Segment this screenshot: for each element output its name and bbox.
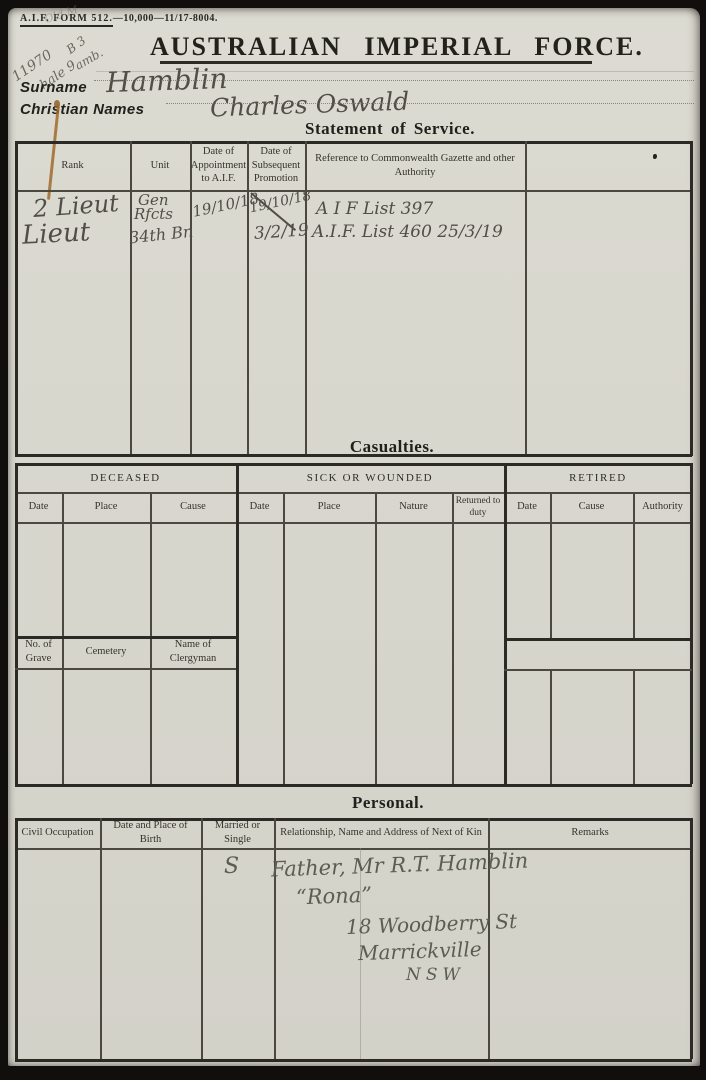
christian-names-label: Christian Names [20, 101, 144, 118]
deceased-group-header: DECEASED [15, 463, 236, 492]
table-line [550, 669, 552, 784]
table-line [452, 492, 454, 784]
table-line [201, 818, 203, 1059]
sick-col-date: Date [236, 492, 283, 522]
casualties-heading: Casualties. [62, 437, 706, 457]
grave-col-cemetery: Cemetery [62, 636, 150, 668]
service-col-rank: Rank [15, 141, 130, 190]
personal-col-occupation: Civil Occupation [15, 818, 100, 848]
table-line [15, 818, 18, 1059]
service-col-appointment: Date of Appointment to A.I.F. [190, 141, 247, 190]
form-paper: A.I.F. FORM 512.—10,000—11/17-8004. Old … [8, 8, 700, 1066]
sick-col-nature: Nature [375, 492, 452, 522]
retired-col-date: Date [504, 492, 550, 522]
page-title: AUSTRALIAN IMPERIAL FORCE. [150, 32, 610, 62]
table-line [15, 784, 692, 787]
table-line [504, 669, 692, 671]
deceased-col-place: Place [62, 492, 150, 522]
table-line [283, 492, 285, 784]
personal-col-nextofkin: Relationship, Name and Address of Next o… [274, 818, 488, 848]
service-col-promotion: Date of Subsequent Promotion [247, 141, 305, 190]
retired-group-header: RETIRED [504, 463, 692, 492]
service-promotion-date-1: 19/10/18 [248, 188, 313, 217]
service-reference-2: A.I.F. List 460 25/3/19 [312, 222, 503, 242]
surname-fill-line [94, 80, 694, 81]
sick-col-place: Place [283, 492, 375, 522]
table-line [15, 1059, 692, 1062]
deceased-col-cause: Cause [150, 492, 236, 522]
service-unit-2: 34th Bn [128, 222, 194, 248]
personal-col-birth: Date and Place of Birth [100, 818, 201, 848]
nextofkin-line-1: Father, Mr R.T. Hamblin [271, 849, 529, 882]
scanned-document: A.I.F. FORM 512.—10,000—11/17-8004. Old … [0, 0, 706, 1080]
deceased-col-date: Date [15, 492, 62, 522]
form-print-code: —10,000—11/17-8004. [113, 13, 218, 24]
personal-col-remarks: Remarks [488, 818, 692, 848]
ink-dot [653, 154, 657, 159]
service-promotion-date-2: 3/2/19 [253, 220, 309, 244]
table-line [690, 141, 693, 456]
table-line [15, 522, 692, 524]
table-line [633, 669, 635, 784]
table-line [525, 141, 527, 454]
personal-heading: Personal. [58, 793, 706, 813]
table-line [15, 848, 692, 850]
service-reference-1: A I F List 397 [316, 199, 433, 219]
service-col-reference: Reference to Commonwealth Gazette and ot… [305, 141, 525, 190]
service-col-unit: Unit [130, 141, 190, 190]
service-rank-2: Lieut [21, 217, 91, 251]
nextofkin-line-2: “Rona” [296, 883, 373, 910]
retired-col-authority: Authority [633, 492, 692, 522]
christian-fill-line [166, 103, 694, 104]
grave-col-number: No. of Grave [15, 636, 62, 668]
nextofkin-line-5: NSW [406, 965, 465, 985]
table-line [375, 492, 377, 784]
table-line [274, 818, 276, 1059]
nextofkin-line-3: 18 Woodberry St [346, 909, 518, 939]
service-unit-1b: Rfcts [134, 205, 173, 223]
nextofkin-line-4: Marrickville [358, 937, 482, 965]
married-single-value: S [224, 854, 239, 879]
table-line [504, 638, 692, 641]
personal-col-married: Married or Single [201, 818, 274, 848]
table-line [100, 818, 102, 1059]
service-heading: Statement of Service. [60, 119, 706, 139]
table-line [690, 818, 693, 1059]
retired-col-cause: Cause [550, 492, 633, 522]
christian-names-value: Charles Oswald [210, 87, 410, 123]
table-line [15, 668, 236, 670]
sick-col-returned: Returned to duty [452, 492, 504, 522]
sick-group-header: SICK OR WOUNDED [236, 463, 504, 492]
grave-col-clergyman: Name of Clergyman [150, 636, 236, 668]
surname-label: Surname [20, 79, 87, 96]
